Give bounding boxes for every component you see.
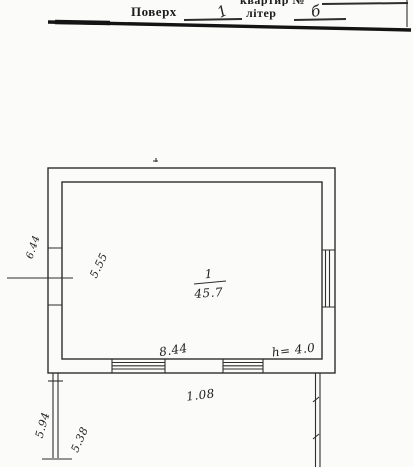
dim-yard-left-outer: 5.94 [33,411,53,440]
letter-value: б [310,1,323,20]
scanned-floorplan-page: квартир № Поверх 1 літер б [0,0,413,467]
floorplan-drawing: квартир № Поверх 1 літер б [0,0,413,467]
separator-line-blob [55,22,110,23]
dim-yard-left-inner: 5.38 [68,425,91,454]
floor-label: Поверх [131,4,177,19]
dim-room-width: 5.55 [87,251,110,281]
yard-line-left [53,373,58,458]
dim-room-length: 8.44 [158,341,189,359]
yard-line-right [316,373,321,467]
bottom-wall-window-2 [223,363,263,370]
dim-left-wall-outer: 6.44 [25,234,43,260]
floor-underline [184,19,242,20]
dim-ceiling-height: h= 4.0 [271,340,316,359]
room-fraction-line [194,281,226,284]
header-top-rule [322,3,408,4]
room-area: 45.7 [193,285,224,301]
right-wall-window [322,250,335,307]
left-wall-window-ticks [48,248,62,305]
bottom-wall-window-1 [112,363,165,370]
scan-speck [153,158,158,162]
dim-below-wall: 1.08 [185,386,215,403]
room-number: 1 [204,267,213,282]
letter-label: літер [246,6,276,20]
